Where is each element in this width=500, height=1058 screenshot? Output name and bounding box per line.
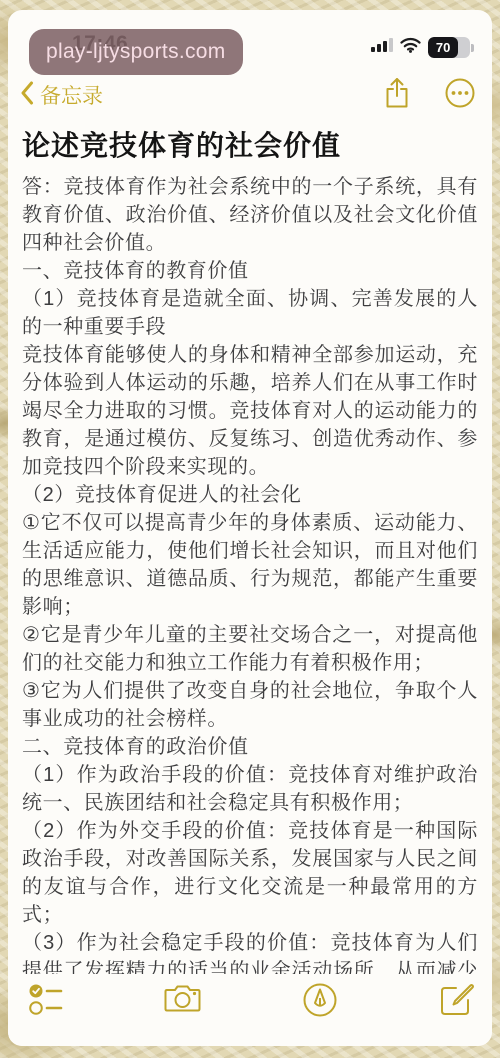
cellular-icon <box>371 37 393 58</box>
compose-icon[interactable] <box>438 982 474 1023</box>
checklist-icon[interactable] <box>28 982 64 1021</box>
status-icons: 70 <box>371 37 474 58</box>
note-paragraph: 答：竞技体育作为社会系统中的一个子系统，具有教育价值、政治价值、经济价值以及社会… <box>22 173 478 257</box>
bottom-toolbar <box>8 974 492 1046</box>
markup-icon[interactable] <box>302 982 338 1023</box>
note-paragraph: 一、竞技体育的教育价值 <box>22 257 478 285</box>
note-paragraph: 竞技体育能够使人的身体和精神全部参加运动，充分体验到人体运动的乐趣，培养人们在从… <box>22 341 478 481</box>
note-paragraph: ①它不仅可以提高青少年的身体素质、运动能力、生活适应能力，使他们增长社会知识，而… <box>22 509 478 621</box>
note-paragraph: （1）竞技体育是造就全面、协调、完善发展的人的一种重要手段 <box>22 285 478 341</box>
note-paragraph: 二、竞技体育的政治价值 <box>22 733 478 761</box>
back-chevron-icon <box>20 81 34 110</box>
camera-icon[interactable] <box>164 982 201 1019</box>
share-icon[interactable] <box>384 77 410 114</box>
battery-icon: 70 <box>428 37 474 58</box>
wifi-icon <box>400 37 421 58</box>
note-paragraph: （2）竞技体育促进人的社会化 <box>22 481 478 509</box>
note-paragraph: （1）作为政治手段的价值：竞技体育对维护政治统一、民族团结和社会稳定具有积极作用… <box>22 761 478 817</box>
back-button[interactable]: 备忘录 <box>20 80 103 110</box>
note-body: 论述竞技体育的社会价值 答：竞技体育作为社会系统中的一个子系统，具有教育价值、政… <box>8 118 492 1013</box>
watermark-pill: play-ljtysports.com <box>29 29 243 75</box>
back-button-label: 备忘录 <box>40 80 103 110</box>
battery-percent: 70 <box>428 37 458 58</box>
note-title: 论述竞技体育的社会价值 <box>22 124 478 164</box>
note-paragraph: ③它为人们提供了改变自身的社会地位，争取个人事业成功的社会榜样。 <box>22 677 478 733</box>
note-paragraph: （2）作为外交手段的价值：竞技体育是一种国际政治手段，对改善国际关系，发展国家与… <box>22 817 478 929</box>
more-ellipsis-icon[interactable] <box>444 77 476 114</box>
notes-app-window: 17:46 play-ljtysports.com 70 <box>8 10 492 1046</box>
nav-bar: 备忘录 <box>8 72 492 118</box>
note-paragraph: ②它是青少年儿童的主要社交场合之一，对提高他们的社交能力和独立工作能力有着积极作… <box>22 621 478 677</box>
